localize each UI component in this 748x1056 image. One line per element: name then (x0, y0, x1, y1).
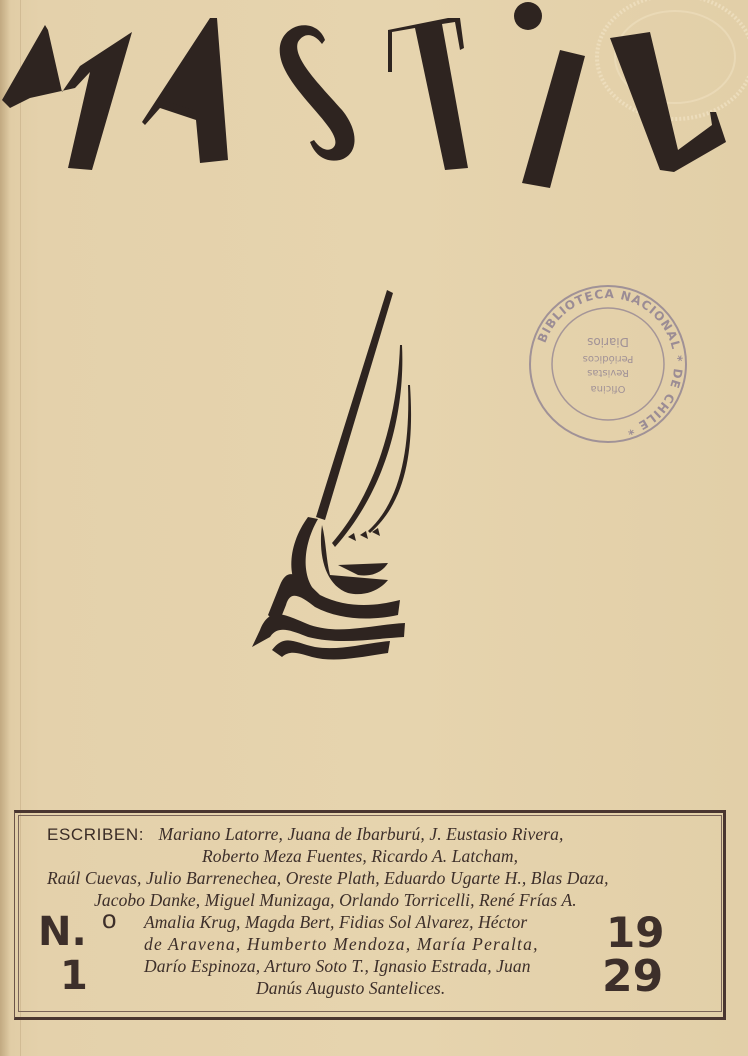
contributors-line-5: Amalia Krug, Magda Bert, Fidias Sol Alva… (144, 912, 527, 933)
year-top: 19 (606, 912, 664, 954)
issue-number-label: N. (38, 912, 87, 952)
library-stamp: BIBLIOTECA NACIONAL * DE CHILE * Oficina… (526, 282, 690, 446)
contributors-line-2: Roberto Meza Fuentes, Ricardo A. Latcham… (202, 846, 518, 867)
contributors-line-1: ESCRIBEN: Mariano Latorre, Juana de Ibar… (47, 824, 563, 845)
contributors-line-3: Raúl Cuevas, Julio Barrenechea, Oreste P… (47, 868, 609, 889)
contributors-line-4: Jacobo Danke, Miguel Munizaga, Orlando T… (94, 890, 577, 911)
svg-text:Oficina: Oficina (591, 383, 626, 394)
contributors-line-7: Darío Espinoza, Arturo Soto T., Ignasio … (144, 956, 531, 977)
escriben-label: ESCRIBEN: (47, 825, 144, 844)
svg-text:Diarios: Diarios (587, 335, 629, 349)
masthead-title: MASTIL (0, 0, 748, 200)
issue-number: 1 (60, 956, 88, 996)
contributors-line-8: Danús Augusto Santelices. (256, 978, 445, 999)
year-bottom: 29 (602, 955, 663, 999)
contributors-line-6: de Aravena, Humberto Mendoza, María Pera… (144, 934, 539, 955)
sailboat-illustration (230, 285, 420, 665)
svg-text:Revistas: Revistas (587, 367, 629, 378)
masthead-lettering (0, 0, 748, 200)
issue-number-superscript: o (102, 906, 116, 932)
svg-text:Periódicos: Periódicos (583, 353, 634, 365)
contributor-names: Mariano Latorre, Juana de Ibarburú, J. E… (159, 824, 564, 844)
